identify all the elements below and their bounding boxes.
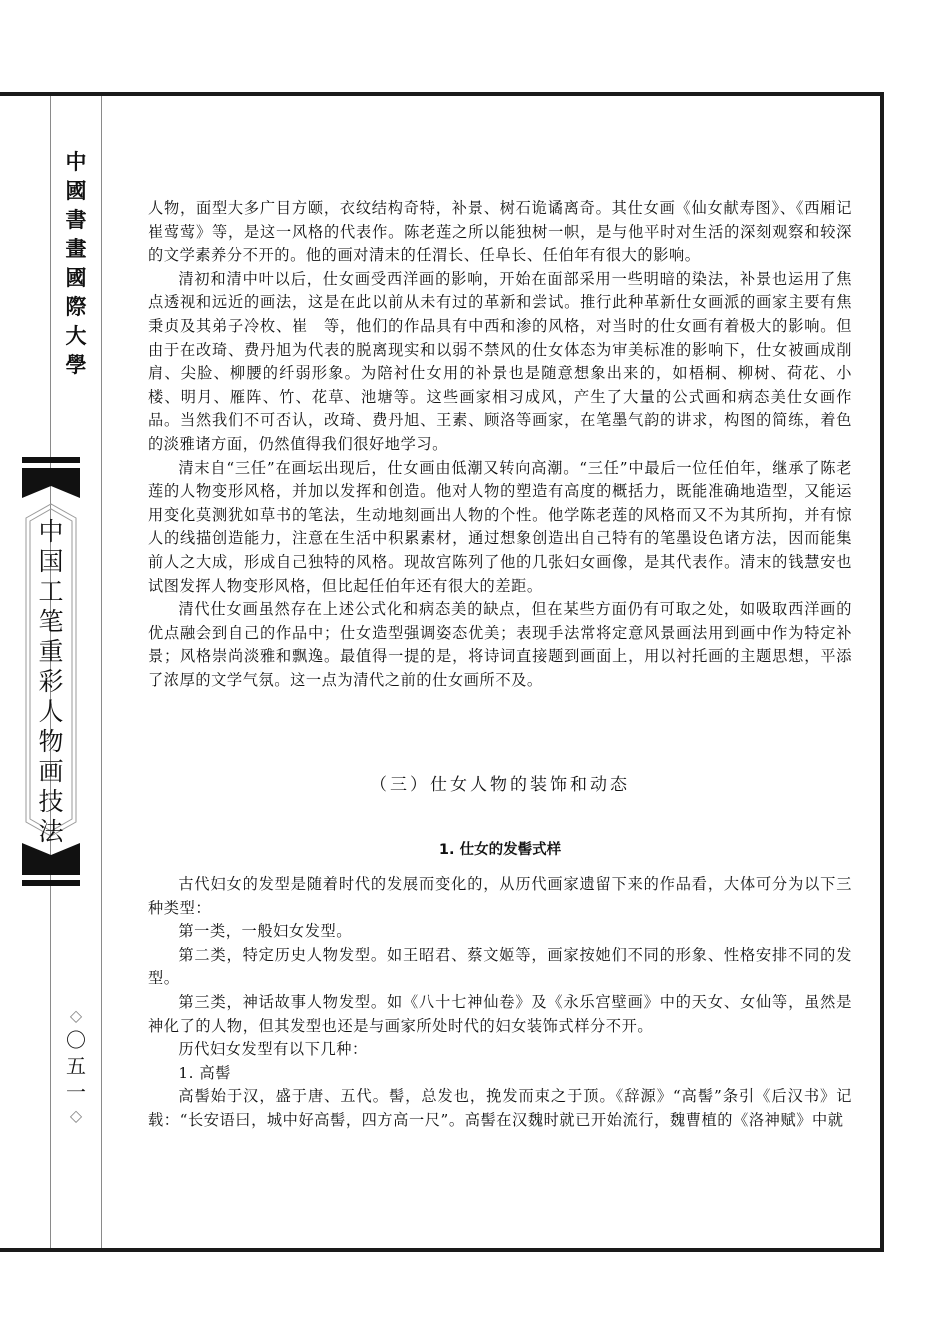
paragraph: 第三类，神话故事人物发型。如《八十七神仙卷》及《永乐宫壁画》中的天女、女仙等，虽… bbox=[148, 991, 852, 1038]
title-char: 人 bbox=[38, 697, 63, 727]
page-number-char: 〇 bbox=[66, 1027, 86, 1053]
paragraph: 清初和清中叶以后，仕女画受西洋画的影响，开始在面部采用一些明暗的染法，补景也运用… bbox=[148, 268, 852, 457]
spine-char: 大 bbox=[66, 322, 87, 349]
page-number-char: 五 bbox=[66, 1053, 86, 1079]
page-frame-right-border bbox=[880, 92, 884, 1252]
diamond-icon: ◇ bbox=[70, 1105, 82, 1127]
book-title-vertical: 中 国 工 笔 重 彩 人 物 画 技 法 bbox=[24, 517, 78, 847]
title-char: 中 bbox=[38, 517, 63, 547]
spine-char: 書 bbox=[66, 206, 87, 233]
spine-char: 中 bbox=[66, 148, 87, 175]
spine-char: 際 bbox=[66, 293, 87, 320]
diamond-icon: ◇ bbox=[70, 1005, 82, 1027]
page-number-vertical: ◇ 〇 五 一 ◇ bbox=[58, 1005, 94, 1127]
title-char: 工 bbox=[38, 577, 63, 607]
title-char: 彩 bbox=[38, 667, 63, 697]
paragraph: 清代仕女画虽然存在上述公式化和病态美的缺点，但在某些方面仍有可取之处，如吸取西洋… bbox=[148, 598, 852, 692]
spine-char: 國 bbox=[66, 177, 87, 204]
paragraph: 清末自“三任”在画坛出现后，仕女画由低潮又转向高潮。“三任”中最后一位任伯年，继… bbox=[148, 457, 852, 599]
spine-ornament-bar-top bbox=[22, 457, 80, 463]
paragraph: 第二类，特定历史人物发型。如王昭君、蔡文姬等，画家按她们不同的形象、性格安排不同… bbox=[148, 944, 852, 991]
title-char: 重 bbox=[38, 637, 63, 667]
paragraph: 高髻始于汉，盛于唐、五代。髻，总发也，挽发而束之于顶。《辞源》“高髻”条引《后汉… bbox=[148, 1085, 852, 1132]
body-text-upper: 人物，面型大多广目方颐，衣纹结构奇特，补景、树石诡谲离奇。其仕女画《仙女献寿图》… bbox=[148, 197, 852, 692]
paragraph: 历代妇女发型有以下几种： bbox=[148, 1038, 852, 1062]
spine-ornament-bar-bottom bbox=[22, 880, 80, 886]
paragraph: 人物，面型大多广目方颐，衣纹结构奇特，补景、树石诡谲离奇。其仕女画《仙女献寿图》… bbox=[148, 197, 852, 268]
paragraph: 古代妇女的发型是随着时代的发展而变化的，从历代画家遗留下来的作品看，大体可分为以… bbox=[148, 873, 852, 920]
title-char: 物 bbox=[38, 727, 63, 757]
spine-char: 學 bbox=[66, 351, 87, 378]
body-text-lower: 古代妇女的发型是随着时代的发展而变化的，从历代画家遗留下来的作品看，大体可分为以… bbox=[148, 873, 852, 1133]
list-heading: 1. 高髻 bbox=[148, 1062, 852, 1086]
page-frame-bottom-border bbox=[0, 1248, 884, 1252]
title-char: 国 bbox=[38, 547, 63, 577]
section-heading: （三）仕女人物的装饰和动态 bbox=[148, 770, 852, 795]
page-number-char: 一 bbox=[66, 1079, 86, 1105]
spine-rule-right bbox=[101, 96, 102, 1248]
spine-char: 國 bbox=[66, 264, 87, 291]
page-frame-top-border bbox=[0, 92, 884, 96]
title-char: 笔 bbox=[38, 607, 63, 637]
spine-char: 畫 bbox=[66, 235, 87, 262]
paragraph: 第一类，一般妇女发型。 bbox=[148, 920, 852, 944]
spine-ornament-chevron-bottom bbox=[22, 835, 80, 875]
spine-school-name: 中 國 書 畫 國 際 大 學 bbox=[58, 148, 94, 378]
title-char: 技 bbox=[38, 787, 63, 817]
subsection-heading: 1. 仕女的发髻式样 bbox=[148, 838, 852, 859]
title-char: 画 bbox=[38, 757, 63, 787]
